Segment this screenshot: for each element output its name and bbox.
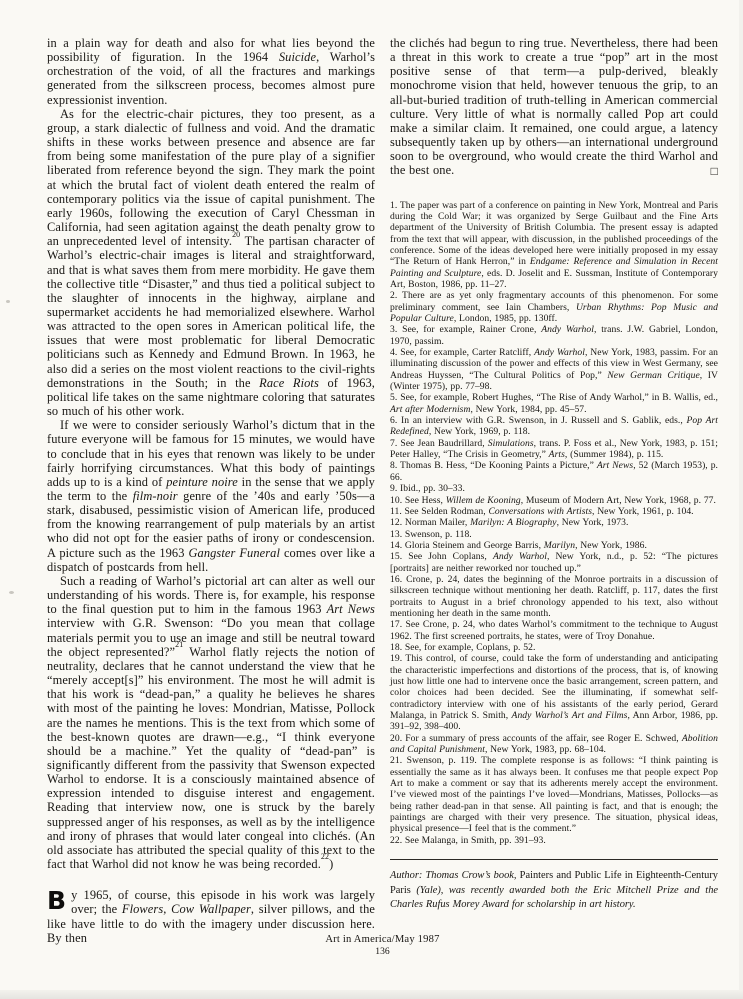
- text-run: Andy Warhol: [534, 347, 585, 358]
- footnote: 3. See, for example, Rainer Crone, Andy …: [390, 324, 718, 347]
- text-run: 20. For a summary of press accounts of t…: [390, 733, 682, 744]
- footnote: 14. Gloria Steinem and George Barris, Ma…: [390, 540, 718, 551]
- page-number: 136: [47, 946, 718, 957]
- footnote: 7. See Jean Baudrillard, Simulations, tr…: [390, 438, 718, 461]
- text-run: 8. Thomas B. Hess, “De Kooning Paints a …: [390, 460, 597, 471]
- text-run: Conversations with Artists: [488, 506, 592, 517]
- text-run: , New York, 1961, p. 104.: [592, 506, 694, 517]
- text-run: , Museum of Modern Art, New York, 1968, …: [521, 495, 716, 506]
- text-run: 21: [175, 640, 183, 649]
- footnote: 11. See Selden Rodman, Conversations wit…: [390, 506, 718, 517]
- left-column-paragraphs: in a plain way for death and also for wh…: [47, 36, 375, 871]
- text-run: Author: Thomas Crow’s book,: [390, 870, 520, 881]
- article-body: in a plain way for death and also for wh…: [47, 36, 718, 945]
- text-run: Marilyn: A Biography: [470, 517, 557, 528]
- footnote: 6. In an interview with G.R. Swenson, in…: [390, 415, 718, 438]
- text-run: Warhol flatly rejects the notion of neut…: [47, 645, 375, 871]
- right-column: the clichés had begun to ring true. Neve…: [390, 36, 718, 945]
- scan-edge-right: [739, 0, 743, 999]
- footnote: 22. See Malanga, in Smith, pp. 391–93.: [390, 835, 718, 846]
- text-run: ,: [163, 902, 171, 916]
- paragraph-text: the clichés had begun to ring true. Neve…: [390, 36, 718, 177]
- text-run: 18. See, for example, Coplans, p. 52.: [390, 642, 535, 653]
- footnote: 4. See, for example, Carter Ratcliff, An…: [390, 347, 718, 392]
- text-run: , London, 1985, pp. 130ff.: [454, 313, 557, 324]
- footnote: 15. See John Coplans, Andy Warhol, New Y…: [390, 551, 718, 574]
- scan-speck: [9, 591, 14, 594]
- text-run: Race Riots: [259, 376, 319, 390]
- footnote: 2. There are as yet only fragmentary acc…: [390, 290, 718, 324]
- text-run: Suicide: [279, 50, 316, 64]
- journal-footer: Art in America/May 1987: [47, 933, 718, 946]
- text-run: Gangster Funeral: [189, 546, 281, 560]
- footnote: 8. Thomas B. Hess, “De Kooning Paints a …: [390, 460, 718, 483]
- text-run: 21. Swenson, p. 119. The complete respon…: [390, 755, 718, 834]
- text-run: Art News: [597, 460, 633, 471]
- text-run: Willem de Kooning: [446, 495, 521, 506]
- author-note: Author: Thomas Crow’s book, Painters and…: [390, 869, 718, 912]
- body-paragraph: If we were to consider seriously Warhol’…: [47, 418, 375, 574]
- author-note-divider: [390, 859, 718, 860]
- scan-edge-bottom: [0, 990, 743, 999]
- text-run: , New York, 1973.: [557, 517, 629, 528]
- footnote: 12. Norman Mailer, Marilyn: A Biography,…: [390, 517, 718, 528]
- text-run: 4. See, for example, Carter Ratcliff,: [390, 347, 534, 358]
- end-of-article-mark: □: [711, 165, 718, 177]
- text-run: Andy Warhol’s Art and Films: [512, 710, 628, 721]
- text-run: As for the electric-chair pictures, they…: [47, 107, 375, 248]
- footnote: 16. Crone, p. 24, dates the beginning of…: [390, 574, 718, 619]
- footnote: 17. See Crone, p. 24, who dates Warhol’s…: [390, 619, 718, 642]
- text-run: film-noir: [133, 489, 178, 503]
- left-column: in a plain way for death and also for wh…: [47, 36, 375, 945]
- text-run: Arts: [549, 449, 565, 460]
- footnote: 5. See, for example, Robert Hughes, “The…: [390, 392, 718, 415]
- text-run: Cow Wallpaper: [171, 902, 251, 916]
- text-run: Simulations: [488, 438, 534, 449]
- body-paragraph: the clichés had begun to ring true. Neve…: [390, 36, 718, 178]
- text-run: ): [329, 857, 333, 871]
- text-run: 9. Ibid., pp. 30–33.: [390, 483, 465, 494]
- text-run: , (Summer 1984), p. 115.: [565, 449, 664, 460]
- text-run: 5. See, for example, Robert Hughes, “The…: [390, 392, 718, 403]
- footnote: 9. Ibid., pp. 30–33.: [390, 483, 718, 494]
- footnote: 10. See Hess, Willem de Kooning, Museum …: [390, 495, 718, 506]
- text-run: , New York, 1983, pp. 68–104.: [485, 744, 606, 755]
- text-run: Marilyn: [544, 540, 575, 551]
- footnote: 21. Swenson, p. 119. The complete respon…: [390, 755, 718, 834]
- text-run: 11. See Selden Rodman,: [390, 506, 488, 517]
- text-run: 12. Norman Mailer,: [390, 517, 470, 528]
- footnotes-section: 1. The paper was part of a conference on…: [390, 200, 718, 847]
- text-run: 13. Swenson, p. 118.: [390, 529, 472, 540]
- text-run: 17. See Crone, p. 24, who dates Warhol’s…: [390, 619, 718, 641]
- text-run: peinture noire: [166, 475, 238, 489]
- footnote: 20. For a summary of press accounts of t…: [390, 733, 718, 756]
- text-run: Andy Warhol: [493, 551, 547, 562]
- footnote: 19. This control, of course, could take …: [390, 653, 718, 732]
- text-run: 20: [232, 230, 240, 239]
- text-run: , New York, 1986.: [575, 540, 647, 551]
- body-paragraph: As for the electric-chair pictures, they…: [47, 107, 375, 418]
- text-run: 22: [321, 852, 329, 861]
- text-run: (Yale), was recently awarded both the Er…: [390, 885, 718, 910]
- drop-cap: B: [47, 890, 66, 912]
- text-run: Andy Warhol: [541, 324, 594, 335]
- text-run: 16. Crone, p. 24, dates the beginning of…: [390, 574, 718, 619]
- text-run: 6. In an interview with G.R. Swenson, in…: [390, 415, 686, 426]
- footnote: 1. The paper was part of a conference on…: [390, 200, 718, 291]
- text-run: 3. See, for example, Rainer Crone,: [390, 324, 541, 335]
- text-run: 10. See Hess,: [390, 495, 446, 506]
- scan-speck: [6, 300, 10, 303]
- magazine-page: in a plain way for death and also for wh…: [0, 0, 743, 999]
- text-run: 22. See Malanga, in Smith, pp. 391–93.: [390, 835, 546, 846]
- text-run: the clichés had begun to ring true. Neve…: [390, 36, 718, 177]
- text-run: 15. See John Coplans,: [390, 551, 493, 562]
- text-run: , New York, 1984, pp. 45–57.: [470, 404, 586, 415]
- text-run: 14. Gloria Steinem and George Barris,: [390, 540, 544, 551]
- body-paragraph: Such a reading of Warhol’s pictorial art…: [47, 574, 375, 871]
- text-run: New German Critique: [607, 370, 699, 381]
- footnote: 18. See, for example, Coplans, p. 52.: [390, 642, 718, 653]
- footnote: 13. Swenson, p. 118.: [390, 529, 718, 540]
- page-footer: Art in America/May 1987 136: [47, 933, 718, 957]
- text-run: Art News: [327, 602, 375, 616]
- text-run: , New York, 1969, p. 118.: [429, 426, 530, 437]
- text-run: Art after Modernism: [390, 404, 470, 415]
- text-run: 7. See Jean Baudrillard,: [390, 438, 488, 449]
- text-run: Flowers: [122, 902, 163, 916]
- text-run: The partisan character of Warhol’s elect…: [47, 234, 375, 390]
- body-paragraph: in a plain way for death and also for wh…: [47, 36, 375, 107]
